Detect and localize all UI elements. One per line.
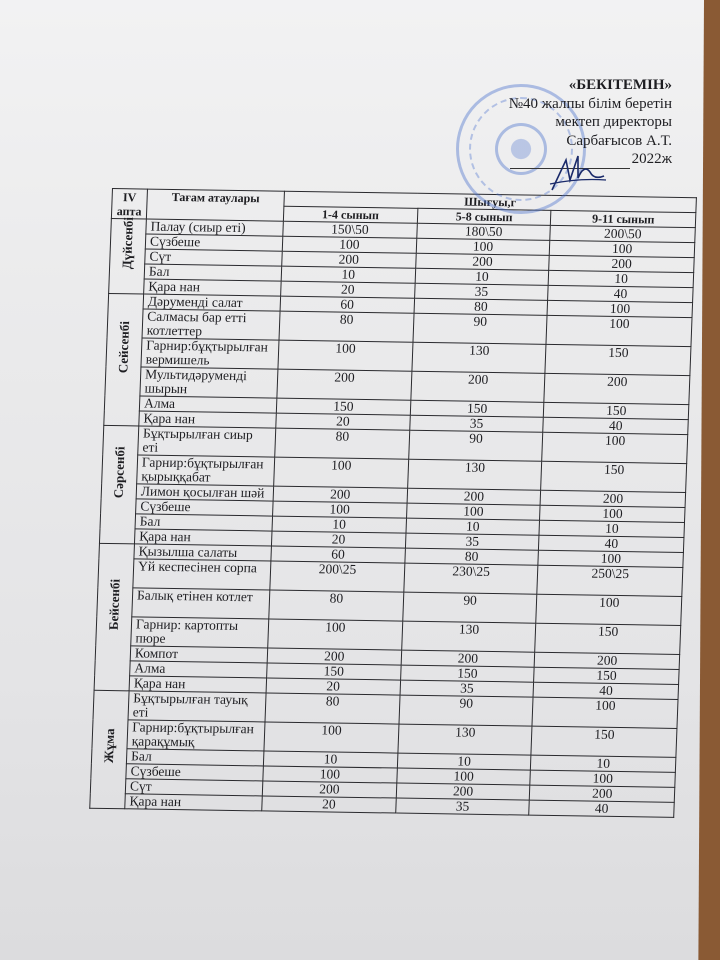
portion-value: 250\25 — [537, 565, 683, 596]
portion-value: 90 — [399, 695, 534, 726]
approval-year: 2022ж — [632, 151, 672, 167]
day-cell: Дүйсенбі — [109, 218, 147, 294]
dish-name: Қара нан — [125, 794, 263, 811]
portion-value: 90 — [413, 313, 548, 344]
dish-name: Гарнир:бұқтырылған қырыққабат — [137, 455, 275, 486]
portion-value: 230\25 — [404, 563, 539, 594]
dish-name: Балық етінен котлет — [132, 588, 270, 619]
dish-header: Тағам атаулары — [146, 189, 284, 221]
portion-value: 90 — [402, 592, 537, 623]
portion-value: 20 — [262, 796, 396, 813]
approval-title: «БЕКІТЕМІН» — [509, 76, 672, 95]
portion-value: 80 — [279, 311, 414, 342]
portion-value: 90 — [408, 430, 543, 461]
day-label: Дүйсенбі — [120, 243, 135, 269]
dish-name: Бұқтырылған тауық еті — [128, 691, 266, 722]
day-cell: Жұма — [90, 690, 129, 808]
day-label: Сейсенбі — [116, 347, 131, 373]
approval-school: №40 жалпы білім беретін — [509, 95, 672, 114]
portion-value: 200 — [277, 369, 412, 400]
portion-value: 100 — [264, 722, 399, 753]
approval-director-name: Сарбағысов А.Т. — [509, 132, 672, 151]
portion-value: 130 — [412, 342, 547, 373]
portion-value: 100 — [274, 457, 409, 488]
day-label: Жұма — [102, 736, 117, 762]
portion-value: 200 — [411, 371, 546, 402]
portion-value: 100 — [546, 315, 692, 346]
day-label: Сәрсенбі — [112, 472, 127, 498]
dish-name: Гарнир:бұқтырылған қарақұмық — [127, 720, 265, 751]
portion-value: 80 — [269, 590, 404, 621]
portion-value: 100 — [536, 594, 682, 625]
portion-value: 150 — [531, 726, 677, 757]
signature-icon — [548, 150, 608, 194]
dish-name: Салмасы бар етті котлеттер — [142, 309, 280, 340]
portion-value: 130 — [401, 621, 536, 652]
weekly-menu-table: IV апта Тағам атаулары Шығуы,г 1-4 сынып… — [89, 188, 697, 818]
dish-name: Үй кеспесінен сорпа — [133, 559, 271, 590]
portion-value: 130 — [398, 724, 533, 755]
portion-value: 130 — [407, 459, 542, 490]
menu-body: ДүйсенбіПалау (сиыр еті)150\50180\50200\… — [90, 218, 696, 817]
dish-name: Гарнир: картопты пюре — [131, 617, 269, 648]
portion-value: 80 — [275, 428, 410, 459]
week-header: IV апта — [111, 189, 147, 220]
portion-value: 150 — [535, 623, 681, 654]
portion-value: 100 — [542, 432, 688, 463]
day-cell: Бейсенбі — [94, 543, 134, 690]
portion-value: 150 — [541, 461, 687, 492]
dish-name: Гарнир:бұқтырылған вермишель — [141, 338, 279, 369]
day-label: Бейсенбі — [107, 604, 122, 630]
dish-name: Бұқтырылған сиыр еті — [138, 426, 276, 457]
portion-value: 100 — [268, 619, 403, 650]
portion-value: 150 — [545, 344, 691, 375]
approval-position: мектеп директоры — [509, 113, 672, 132]
portion-value: 40 — [529, 800, 674, 817]
portion-value: 200 — [544, 373, 690, 404]
portion-value: 100 — [278, 340, 413, 371]
portion-value: 80 — [265, 693, 400, 724]
day-cell: Сәрсенбі — [99, 425, 138, 543]
dish-name: Мультидәруменді шырын — [140, 367, 278, 398]
day-cell: Сейсенбі — [104, 293, 144, 425]
portion-value: 200\25 — [270, 561, 405, 592]
portion-value: 35 — [395, 798, 529, 815]
portion-value: 100 — [532, 697, 678, 728]
